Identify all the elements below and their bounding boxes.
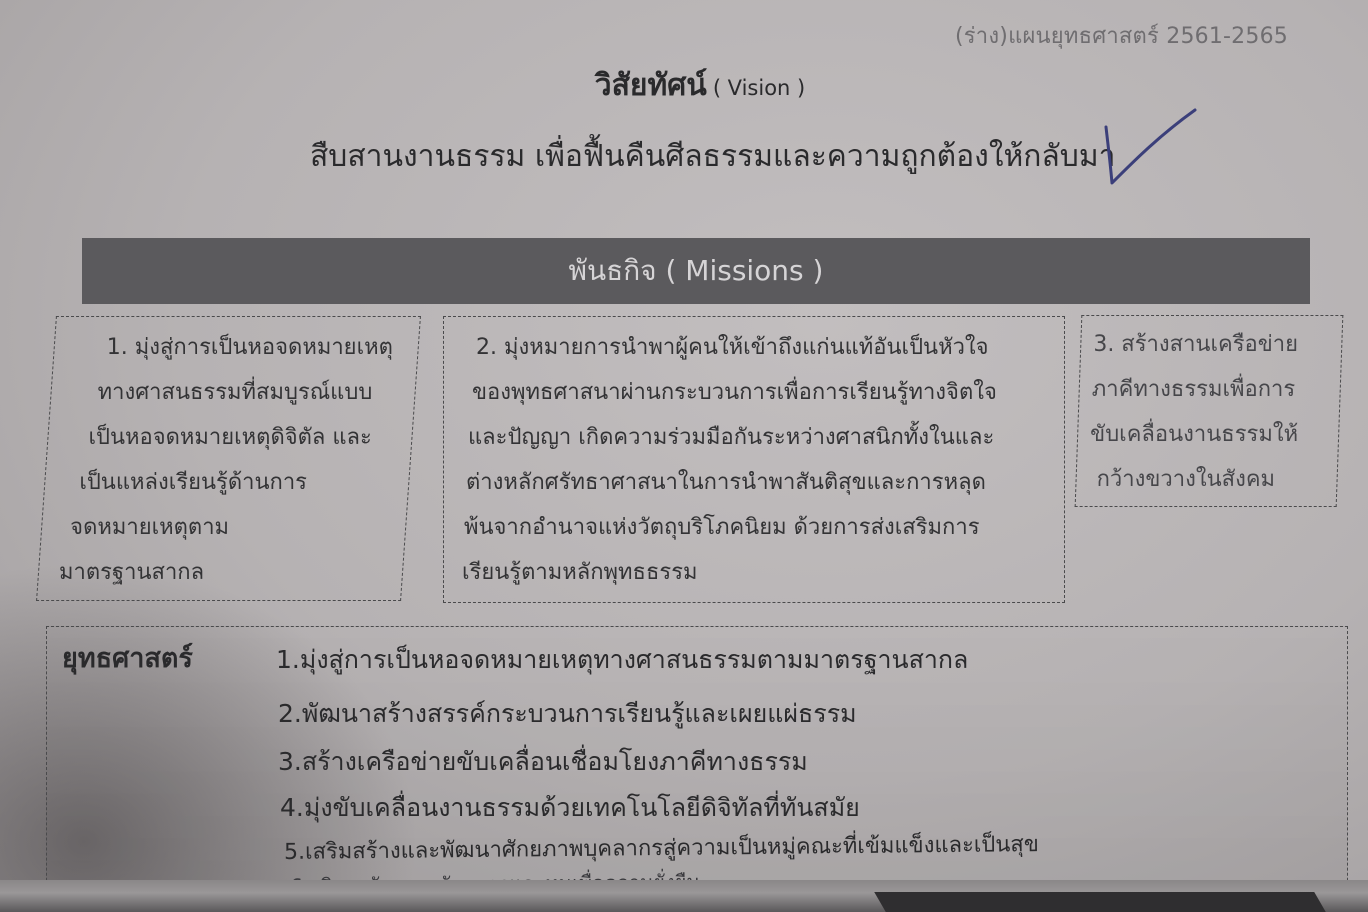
strategy-item-4: 4.มุ่งขับเคลื่อนงานธรรมด้วยเทคโนโลยีดิจิ… <box>280 788 860 828</box>
vision-title: วิสัยทัศน์( Vision ) <box>0 62 1368 109</box>
vision-statement: สืบสานงานธรรม เพื่อฟื้นคืนศีลธรรมและความ… <box>310 133 1115 180</box>
mission-3-line: กว้างขวางในสังคม <box>1097 457 1329 502</box>
strategy-label: ยุทธศาสตร์ <box>62 636 193 679</box>
mission-2-line: ต่างหลักศรัทธาศาสนาในการนำพาสันติสุขและก… <box>466 460 1054 505</box>
mission-3-line: ขับเคลื่อนงานธรรมให้ <box>1090 412 1330 457</box>
strategy-item-2: 2.พัฒนาสร้างสรรค์กระบวนการเรียนรู้และเผย… <box>278 694 857 734</box>
checkmark-icon <box>1100 105 1200 190</box>
strategy-item-3: 3.สร้างเครือข่ายขับเคลื่อนเชื่อมโยงภาคีท… <box>278 742 808 782</box>
next-page-edge <box>874 892 1326 912</box>
mission-3-line: ภาคีทางธรรมเพื่อการ <box>1092 367 1332 412</box>
strategy-item-1: 1.มุ่งสู่การเป็นหอจดหมายเหตุทางศาสนธรรมต… <box>276 640 968 680</box>
mission-1-line: มาตรฐานสากล <box>59 550 392 595</box>
mission-1-line: 1. มุ่งสู่การเป็นหอจดหมายเหตุ <box>107 325 408 370</box>
document-header-note: (ร่าง)แผนยุทธศาสตร์ 2561-2565 <box>955 18 1288 53</box>
mission-2-line: เรียนรู้ตามหลักพุทธธรรม <box>462 550 1054 595</box>
mission-1-line: เป็นหอจดหมายเหตุดิจิตัล และ <box>88 415 401 460</box>
mission-1-line: ทางศาสนธรรมที่สมบูรณ์แบบ <box>98 370 405 415</box>
vision-title-th: วิสัยทัศน์ <box>595 68 707 103</box>
mission-box-3: 3. สร้างสานเครือข่าย ภาคีทางธรรมเพื่อการ… <box>1075 315 1344 507</box>
mission-3-line: 3. สร้างสานเครือข่าย <box>1093 322 1333 367</box>
mission-2-line: 2. มุ่งหมายการนำพาผู้คนให้เข้าถึงแก่นแท้… <box>476 325 1054 370</box>
mission-box-2: 2. มุ่งหมายการนำพาผู้คนให้เข้าถึงแก่นแท้… <box>443 316 1065 603</box>
mission-box-1: 1. มุ่งสู่การเป็นหอจดหมายเหตุ ทางศาสนธรร… <box>36 316 421 601</box>
mission-2-line: และปัญญา เกิดความร่วมมือกันระหว่างศาสนิก… <box>468 415 1054 460</box>
mission-1-line: เป็นแหล่งเรียนรู้ด้านการ <box>79 460 398 505</box>
vision-title-en: ( Vision ) <box>713 76 805 100</box>
mission-1-line: จดหมายเหตุตาม <box>70 505 395 550</box>
missions-header: พันธกิจ ( Missions ) <box>82 238 1310 304</box>
mission-2-line: พ้นจากอำนาจแห่งวัตถุบริโภคนิยม ด้วยการส่… <box>464 505 1054 550</box>
mission-2-line: ของพุทธศาสนาผ่านกระบวนการเพื่อการเรียนรู… <box>472 370 1054 415</box>
